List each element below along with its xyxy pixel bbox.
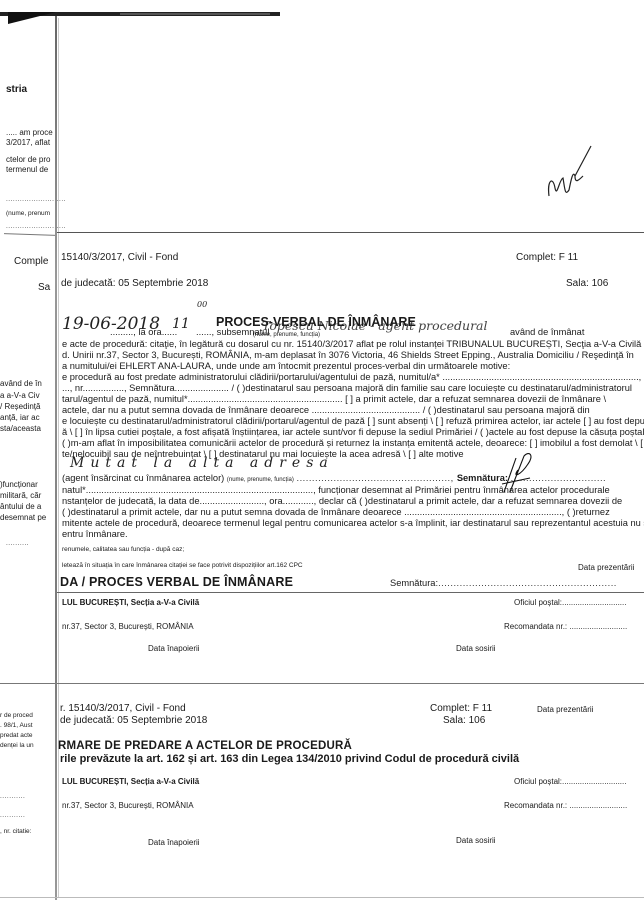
section3-address: nr.37, Sector 3, București, ROMÂNIA [62, 801, 194, 810]
pv-line: a numitului/ei EHLERT ANA-LAURA, unde un… [62, 361, 510, 373]
section3-data-prezentarii: Data prezentării [537, 705, 593, 714]
scan-bottom-edge [0, 897, 644, 898]
section3-data-sosirii: Data sosirii [456, 836, 496, 845]
back-sheet-label: desemnat pe [0, 513, 46, 522]
back-sheet-caption: (nume, prenum [6, 210, 50, 217]
section2-court: LUL BUCUREȘTI, Secția a-V-a Civilă [62, 598, 199, 607]
back-sheet-label: , nr. citatie: [0, 828, 31, 835]
semnatura-bottom-line: Semnătura:..............................… [390, 578, 617, 590]
section3-recomandata: Recomandata nr.: .......................… [504, 801, 627, 810]
back-sheet-label: militară, căr [0, 491, 41, 500]
pv-line: natul*..................................… [62, 485, 610, 497]
page-fold [8, 12, 56, 24]
data-prezentarii-label: Data prezentării [578, 563, 634, 572]
back-sheet-dots: .......... [6, 540, 29, 547]
back-sheet-label: denței la un [0, 742, 34, 749]
back-sheet-label: având de în [0, 379, 42, 388]
back-sheet-label: / Reședință [0, 402, 40, 411]
back-sheet-label: r de proced [0, 712, 33, 719]
section2-oficiul-postal: Oficiul poștal:.........................… [514, 598, 626, 607]
pv-line: ( )m-am aflat în imposibilitatea comunic… [62, 438, 644, 450]
front-sheet-edge [55, 16, 57, 900]
section3-data-inapoierii: Data înapoierii [148, 838, 200, 847]
pv-line: actele, dar nu a putut semna dovada de î… [62, 405, 590, 417]
pv-line1-end: având de înmânat [510, 327, 584, 339]
back-sheet-label: anță, iar ac [0, 413, 40, 422]
complet-fragment: Comple [14, 256, 48, 267]
agent-label: (agent însărcinat cu înmânarea actelor) [62, 473, 224, 483]
at-hour-label: la ora [138, 327, 161, 337]
pv-line: ă \ [ ] în lipsa cutiei poștale, a fost … [62, 427, 644, 439]
section-divider [57, 683, 644, 684]
pv-line: e procedură au fost predate administrato… [62, 372, 641, 384]
back-sheet-line: 3/2017, aflat [6, 138, 50, 147]
section2-address: nr.37, Sector 3, București, ROMÂNIA [62, 622, 194, 631]
back-sheet-label: . 98/1, Aust [0, 722, 33, 729]
pv-line: nstanțelor de judecată, la data de......… [62, 496, 622, 508]
front-sheet-edge-shadow [58, 18, 59, 898]
section3-case-number: r. 15140/3/2017, Civil - Fond [60, 703, 186, 714]
sala-fragment: Sa [38, 282, 50, 293]
back-sheet-line: termenul de [6, 165, 48, 174]
pv-line: e locuiește cu destinatarul/administrato… [62, 416, 644, 428]
section3-oficiul-postal: Oficiul poștal:.........................… [514, 777, 626, 786]
back-sheet-line: ..... am proce [6, 128, 53, 137]
section-divider [57, 232, 644, 233]
semnatura-bottom-label: Semnătura: [390, 578, 438, 588]
pv-line: mitente actele de procedură, deoarece te… [62, 518, 644, 530]
back-sheet-label: predat acte [0, 732, 33, 739]
footnote: renumele, calitatea sau funcția - după c… [62, 546, 184, 553]
footnote: letează în situația în care înmânarea ci… [62, 562, 303, 569]
agent-caption: (nume, prenume, funcția) [227, 477, 294, 483]
pv-line: d. Unirii nr.37, Sector 3, București, RO… [62, 350, 634, 362]
section2-data-inapoierii: Data înapoierii [148, 644, 200, 653]
handwritten-page-number [545, 140, 605, 200]
back-sheet-label: sta/aceasta [0, 424, 41, 433]
back-sheet-heading: stria [6, 84, 27, 95]
section3-hearing-date: de judecată: 05 Septembrie 2018 [60, 715, 207, 726]
section3-complet: Complet: F 11 [430, 703, 492, 714]
pv-line: e acte de procedură: citaţie, în legătur… [62, 339, 644, 351]
section3-court: LUL BUCUREȘTI, Secția a-V-a Civilă [62, 777, 199, 786]
pv-line: tarul/agentul de pază, numitul*.........… [62, 394, 606, 406]
section3-subtitle: rile prevăzute la art. 162 și art. 163 d… [60, 753, 519, 765]
pv-line1-time-label: ........., la ora...... [110, 327, 177, 339]
back-sheet-line: ctelor de pro [6, 155, 50, 164]
section-divider [57, 592, 644, 593]
handwritten-minutes: 00 [197, 300, 207, 309]
section3-title: RMARE DE PREDARE A ACTELOR DE PROCEDURĂ [58, 740, 352, 752]
back-sheet-dots: ........... [0, 812, 25, 819]
pv-line: ..., nr................, Semnătura......… [62, 383, 632, 395]
hearing-date: de judecată: 05 Septembrie 2018 [61, 278, 208, 289]
sala-label: Sala: 106 [566, 278, 608, 289]
section3-sala: Sala: 106 [443, 715, 485, 726]
back-sheet-label: ântului de a [0, 502, 41, 511]
case-number: 15140/3/2017, Civil - Fond [61, 252, 178, 263]
section2-title: DA / PROCES VERBAL DE ÎNMÂNARE [60, 575, 293, 589]
handwritten-agent-name: Topescu Nicolae - agent procedural [262, 318, 488, 333]
back-sheet-label: )funcționar [0, 480, 38, 489]
pv-line: ( )destinatarul a primit actele, dar nu … [62, 507, 610, 519]
section2-data-sosirii: Data sosirii [456, 644, 496, 653]
back-sheet-label: a a-V-a Civ [0, 391, 40, 400]
scan-edge-bar-secondary [120, 13, 270, 15]
back-sheet-dots: ........... [0, 793, 25, 800]
back-sheet-rule [0, 683, 55, 684]
pv-line: entru înmânare. [62, 529, 128, 541]
handwritten-hour: 11 [172, 316, 190, 332]
handwritten-note: Mutat la alta adresa [70, 455, 334, 471]
section2-recomandata: Recomandata nr.: .......................… [504, 622, 627, 631]
complet-label: Complet: F 11 [516, 252, 578, 263]
